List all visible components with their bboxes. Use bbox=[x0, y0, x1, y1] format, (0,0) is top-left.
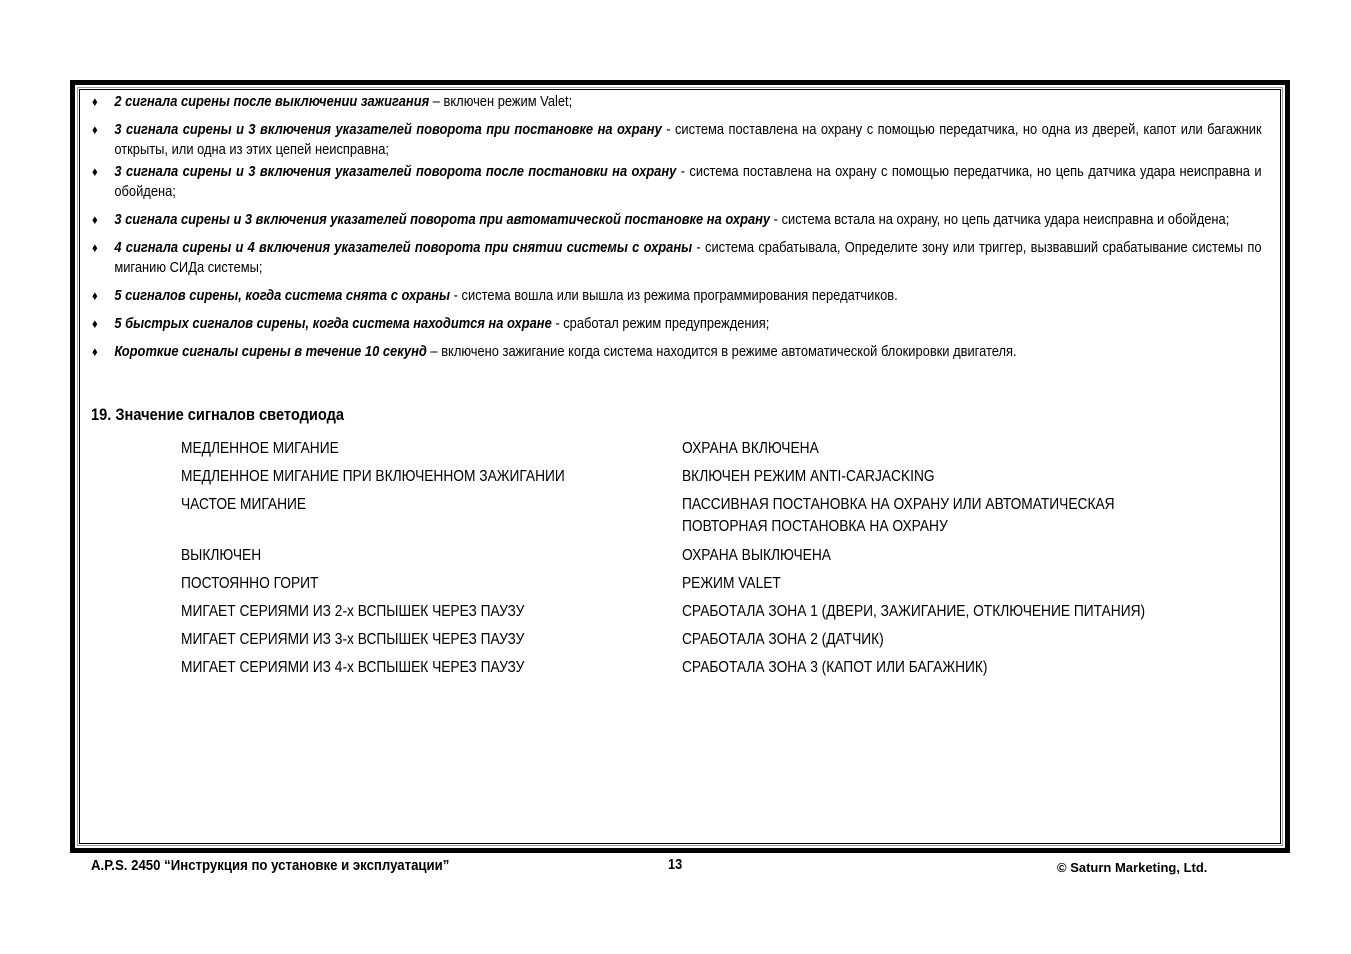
led-signal-cell: МЕДЛЕННОЕ МИГАНИЕ bbox=[181, 438, 339, 460]
signal-description: сработал режим предупреждения; bbox=[563, 315, 769, 332]
led-meaning-cell: СРАБОТАЛА ЗОНА 1 (ДВЕРИ, ЗАЖИГАНИЕ, ОТКЛ… bbox=[682, 601, 1145, 623]
led-meaning-cell: ОХРАНА ВЫКЛЮЧЕНА bbox=[682, 545, 831, 567]
list-item: ♦3 сигнала сирены и 3 включения указател… bbox=[92, 210, 1262, 230]
signal-emphasis: 3 сигнала сирены и 3 включения указателе… bbox=[114, 121, 661, 138]
list-item: ♦Короткие сигналы сирены в течение 10 се… bbox=[92, 342, 1262, 362]
led-meaning-cell: СРАБОТАЛА ЗОНА 2 (ДАТЧИК) bbox=[682, 629, 884, 651]
list-item: ♦5 сигналов сирены, когда система снята … bbox=[92, 286, 1262, 306]
led-meaning-cell: СРАБОТАЛА ЗОНА 3 (КАПОТ ИЛИ БАГАЖНИК) bbox=[682, 657, 988, 679]
signal-separator: - bbox=[676, 163, 689, 180]
signal-emphasis: 5 быстрых сигналов сирены, когда система… bbox=[114, 315, 551, 332]
diamond-bullet-icon: ♦ bbox=[92, 314, 98, 334]
led-meaning-cell: ВКЛЮЧЕН РЕЖИМ ANTI-CARJACKING bbox=[682, 466, 935, 488]
led-meaning-cell: ОХРАНА ВКЛЮЧЕНА bbox=[682, 438, 819, 460]
led-signal-cell: МИГАЕТ СЕРИЯМИ ИЗ 2-х ВСПЫШЕК ЧЕРЕЗ ПАУЗ… bbox=[181, 601, 524, 623]
signal-emphasis: Короткие сигналы сирены в течение 10 сек… bbox=[114, 343, 426, 360]
page-number: 13 bbox=[668, 856, 682, 873]
diamond-bullet-icon: ♦ bbox=[92, 120, 98, 140]
signal-description: включено зажигание когда система находит… bbox=[441, 343, 1016, 360]
signal-separator: - bbox=[662, 121, 675, 138]
led-meaning-cell: ПАССИВНАЯ ПОСТАНОВКА НА ОХРАНУ ИЛИ АВТОМ… bbox=[682, 494, 1115, 538]
diamond-bullet-icon: ♦ bbox=[92, 342, 98, 362]
led-meaning-line-2: ПОВТОРНАЯ ПОСТАНОВКА НА ОХРАНУ bbox=[682, 518, 948, 535]
list-item: ♦5 быстрых сигналов сирены, когда систем… bbox=[92, 314, 1262, 334]
signal-separator: - bbox=[692, 239, 705, 256]
signal-emphasis: 3 сигнала сирены и 3 включения указателе… bbox=[114, 163, 676, 180]
signal-separator: – bbox=[427, 343, 441, 360]
signal-separator: – bbox=[429, 93, 443, 110]
diamond-bullet-icon: ♦ bbox=[92, 286, 98, 306]
diamond-bullet-icon: ♦ bbox=[92, 92, 98, 112]
led-signal-cell: ПОСТОЯННО ГОРИТ bbox=[181, 573, 318, 595]
signal-separator: - bbox=[552, 315, 563, 332]
signal-description: система вошла или вышла из режима програ… bbox=[462, 287, 898, 304]
diamond-bullet-icon: ♦ bbox=[92, 162, 98, 182]
diamond-bullet-icon: ♦ bbox=[92, 210, 98, 230]
led-meaning-cell: РЕЖИМ VALET bbox=[682, 573, 781, 595]
led-signal-cell: МИГАЕТ СЕРИЯМИ ИЗ 4-х ВСПЫШЕК ЧЕРЕЗ ПАУЗ… bbox=[181, 657, 524, 679]
signal-emphasis: 4 сигнала сирены и 4 включения указателе… bbox=[114, 239, 692, 256]
signal-description: включен режим Valet; bbox=[444, 93, 573, 110]
led-signal-cell: ВЫКЛЮЧЕН bbox=[181, 545, 261, 567]
siren-signals-list: ♦2 сигнала сирены после выключении зажиг… bbox=[92, 92, 1262, 362]
led-signal-cell: МЕДЛЕННОЕ МИГАНИЕ ПРИ ВКЛЮЧЕННОМ ЗАЖИГАН… bbox=[181, 466, 565, 488]
list-item: ♦4 сигнала сирены и 4 включения указател… bbox=[92, 238, 1262, 278]
signal-emphasis: 2 сигнала сирены после выключении зажига… bbox=[114, 93, 429, 110]
footer-copyright: © Saturn Marketing, Ltd. bbox=[1057, 860, 1207, 875]
led-meaning-line-1: ПАССИВНАЯ ПОСТАНОВКА НА ОХРАНУ ИЛИ АВТОМ… bbox=[682, 496, 1115, 513]
siren-signals-section: ♦2 сигнала сирены после выключении зажиг… bbox=[92, 92, 1262, 370]
led-signal-cell: МИГАЕТ СЕРИЯМИ ИЗ 3-х ВСПЫШЕК ЧЕРЕЗ ПАУЗ… bbox=[181, 629, 524, 651]
list-item: ♦3 сигнала сирены и 3 включения указател… bbox=[92, 120, 1262, 160]
list-item: ♦3 сигнала сирены и 3 включения указател… bbox=[92, 162, 1262, 202]
section-title: 19. Значение сигналов светодиода bbox=[91, 405, 344, 425]
list-item: ♦2 сигнала сирены после выключении зажиг… bbox=[92, 92, 1262, 112]
signal-separator: - bbox=[450, 287, 461, 304]
signal-emphasis: 3 сигнала сирены и 3 включения указателе… bbox=[114, 211, 770, 228]
signal-description: система встала на охрану, но цепь датчик… bbox=[782, 211, 1230, 228]
diamond-bullet-icon: ♦ bbox=[92, 238, 98, 258]
footer-document-title: A.P.S. 2450 “Инструкция по установке и э… bbox=[91, 857, 449, 874]
signal-separator: - bbox=[770, 211, 781, 228]
signal-emphasis: 5 сигналов сирены, когда система снята с… bbox=[114, 287, 450, 304]
led-signal-cell: ЧАСТОЕ МИГАНИЕ bbox=[181, 494, 306, 516]
